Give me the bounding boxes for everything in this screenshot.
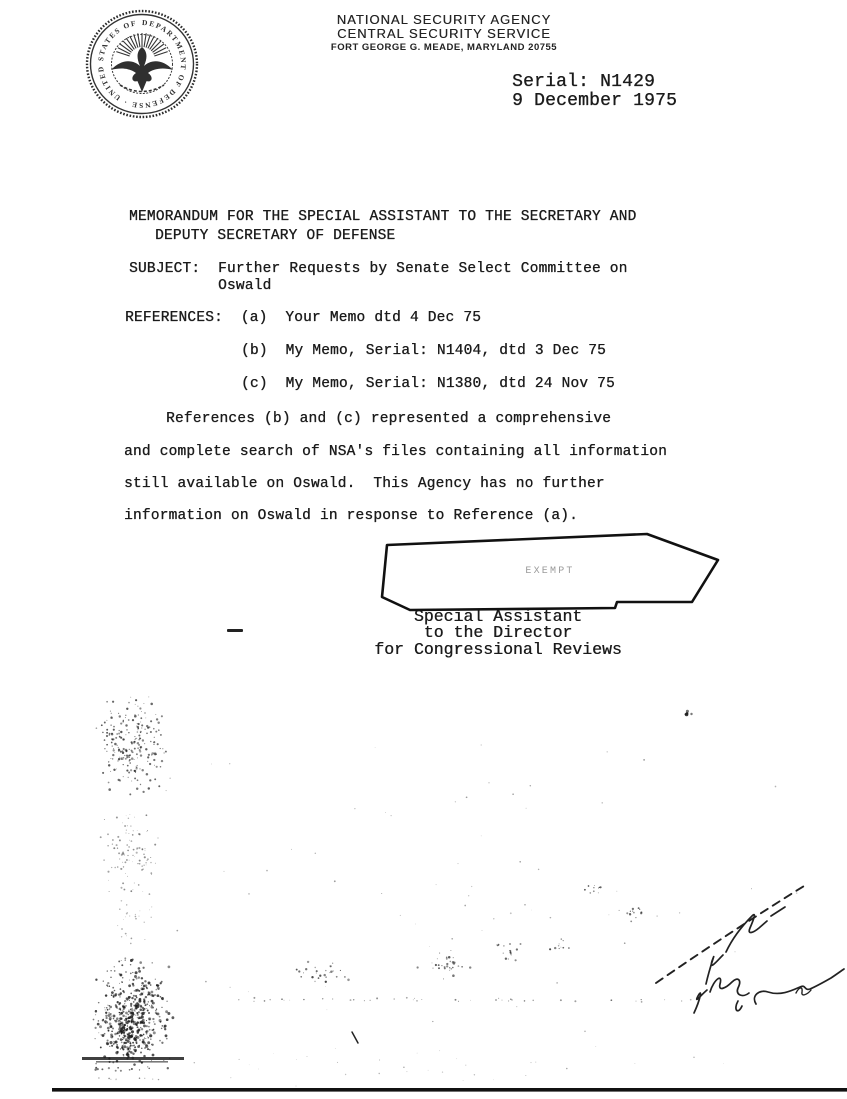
letterhead: NATIONAL SECURITY AGENCY CENTRAL SECURIT… [308, 13, 580, 54]
memo-address-line-1: MEMORANDUM FOR THE SPECIAL ASSISTANT TO … [129, 209, 636, 226]
scan-smear-marks [82, 1057, 184, 1063]
signature-title-line-3: for Congressional Reviews [374, 640, 622, 659]
scan-noise [93, 696, 798, 1086]
document-date: 9 December 1975 [512, 91, 677, 113]
body-line-2: and complete search of NSA's files conta… [124, 444, 667, 461]
document-page: DEPARTMENT OF DEFENSE · UNITED STATES OF… [0, 0, 847, 1099]
body-line-3: still available on Oswald. This Agency h… [124, 476, 605, 493]
letterhead-service-line: CENTRAL SECURITY SERVICE [308, 27, 580, 41]
seal-eagle [111, 47, 173, 92]
body-line-4: information on Oswald in response to Ref… [124, 508, 578, 525]
references-line-a: REFERENCES: (a) Your Memo dtd 4 Dec 75 [125, 310, 481, 327]
dod-seal-icon: DEPARTMENT OF DEFENSE · UNITED STATES OF… [84, 6, 200, 124]
subject-line-1: SUBJECT: Further Requests by Senate Sele… [129, 261, 627, 278]
letterhead-agency-line: NATIONAL SECURITY AGENCY [308, 13, 580, 27]
handwritten-annotation [352, 886, 844, 1043]
page-bottom-scan-line [52, 1088, 847, 1092]
seal-ring-text: DEPARTMENT OF DEFENSE · UNITED STATES OF… [84, 6, 188, 110]
body-line-1: References (b) and (c) represented a com… [166, 411, 611, 428]
exempt-stamp: EXEMPT [500, 566, 600, 577]
subject-line-2: Oswald [218, 278, 271, 295]
signature-block: Special Assistant to the Director for Co… [360, 609, 636, 658]
scan-overlay [0, 0, 847, 1099]
letterhead-address-line: FORT GEORGE G. MEADE, MARYLAND 20755 [308, 41, 580, 54]
references-line-b: (b) My Memo, Serial: N1404, dtd 3 Dec 75 [241, 343, 606, 360]
margin-dash-mark [227, 629, 243, 632]
memo-address-line-2: DEPUTY SECRETARY OF DEFENSE [155, 228, 395, 245]
svg-text:DEPARTMENT OF DEFENSE · UNITED: DEPARTMENT OF DEFENSE · UNITED STATES OF… [84, 6, 188, 110]
references-line-c: (c) My Memo, Serial: N1380, dtd 24 Nov 7… [241, 376, 615, 393]
